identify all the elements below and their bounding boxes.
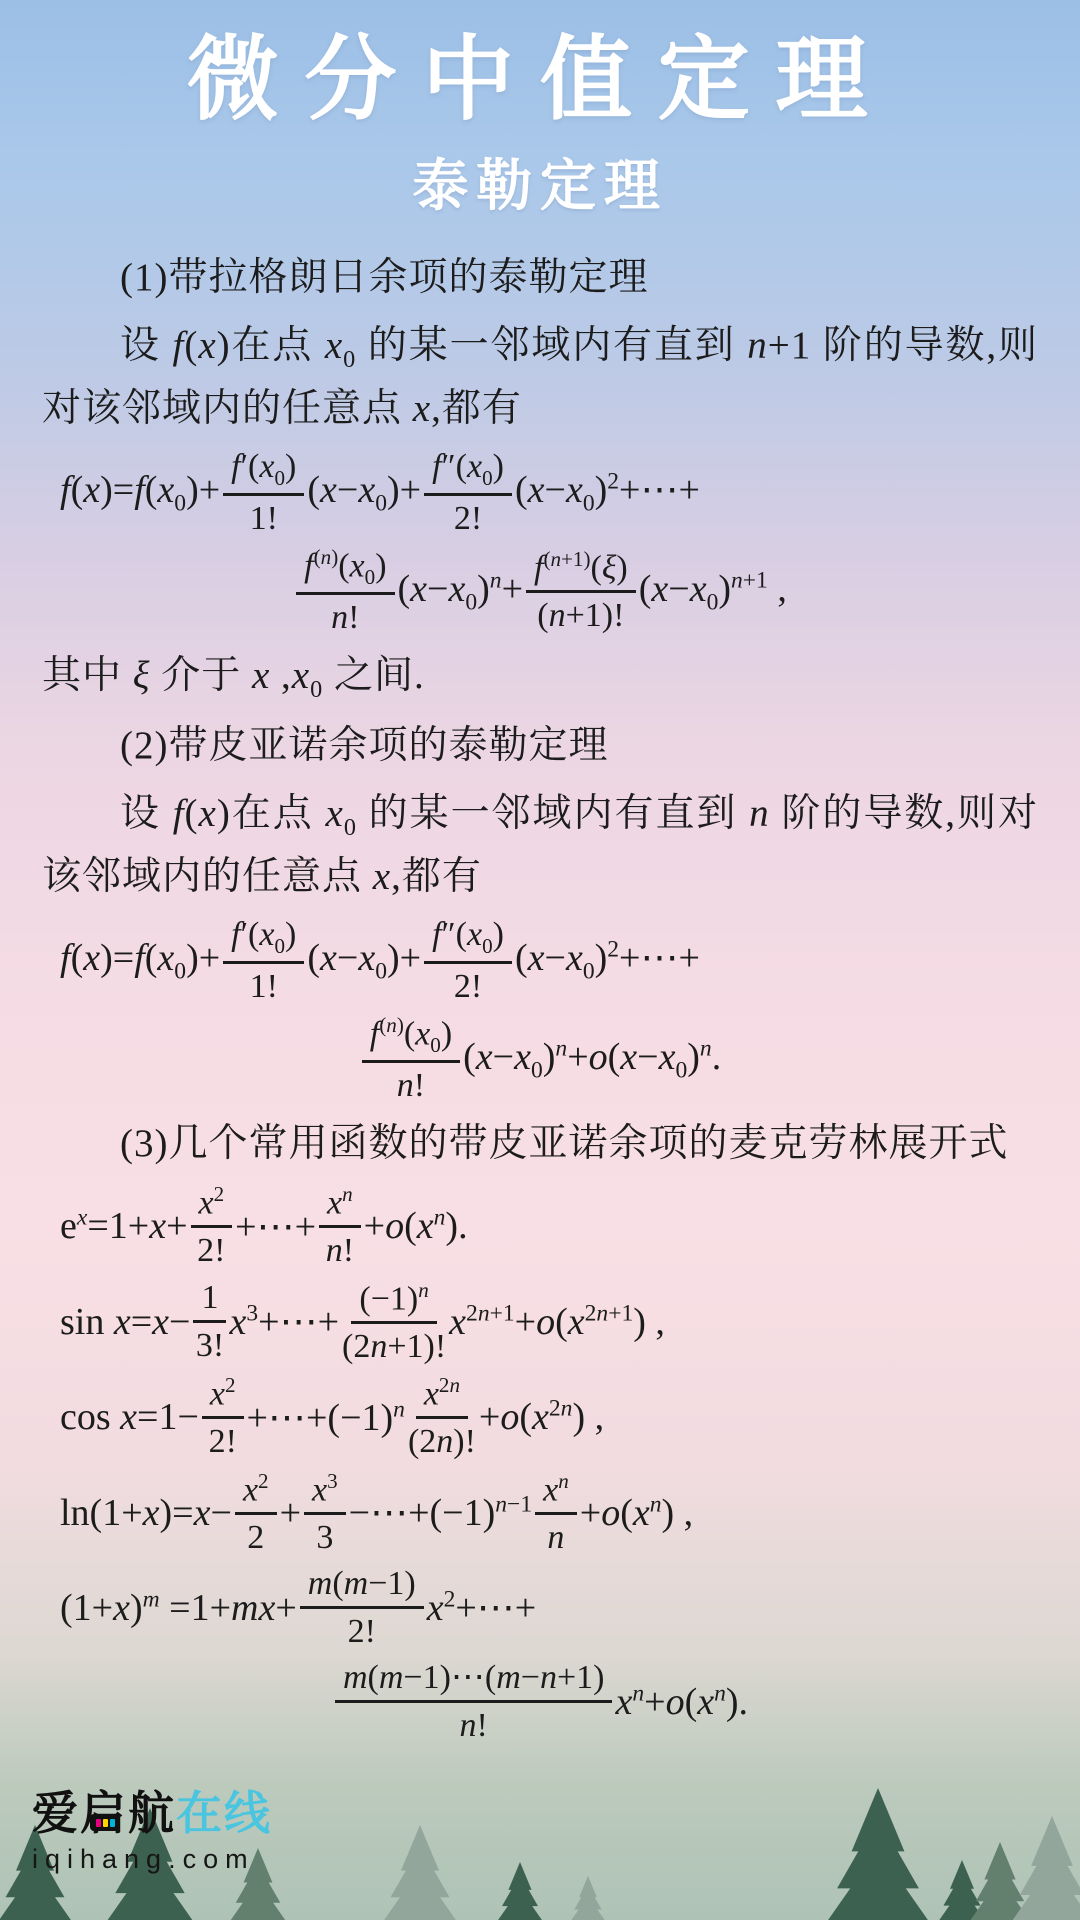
math-text: (x−x0)n+o(x−x0)n.: [463, 1035, 721, 1085]
math-text: f(x)=f(x0)+: [60, 936, 220, 986]
formula-line: sin x=x−13!x3+⋯+(−1)n(2n+1)!x2n+1+o(x2n+…: [42, 1278, 1038, 1367]
page-subtitle: 泰勒定理: [0, 142, 1080, 222]
fraction-numerator: x3: [304, 1469, 346, 1515]
formula-line: f(x)=f(x0)+f′(x0)1!(x−x0)+f″(x0)2!(x−x0)…: [42, 447, 1038, 538]
math-text: +o(xn).: [364, 1204, 468, 1248]
fraction-numerator: x2: [191, 1182, 233, 1228]
fraction-numerator: x2: [235, 1469, 277, 1515]
math-text: x3+⋯+: [229, 1299, 339, 1344]
fraction-denominator: n: [547, 1515, 564, 1557]
fraction-numerator: (−1)n: [351, 1278, 436, 1324]
math-text: +o(xn) ,: [580, 1491, 693, 1535]
fraction-numerator: f(n+1)(ξ): [526, 547, 636, 593]
math-text: (x−x0)+: [307, 936, 421, 986]
fraction-denominator: n!: [326, 1228, 354, 1270]
fraction-denominator: n!: [397, 1063, 425, 1105]
math-fraction: f(n+1)(ξ)(n+1)!: [526, 547, 636, 636]
paragraph: (3)几个常用函数的带皮亚诺余项的麦克劳林展开式: [42, 1114, 1038, 1174]
math-fraction: x22!: [191, 1182, 233, 1271]
math-text: x2+⋯+: [427, 1585, 537, 1630]
fraction-numerator: m(m−1)⋯(m−n+1): [335, 1658, 613, 1703]
math-text: (1+x)m =1+mx+: [60, 1586, 297, 1630]
fraction-numerator: f″(x0): [424, 915, 512, 964]
math-fraction: (−1)n(2n+1)!: [342, 1278, 446, 1367]
math-text: +⋯+: [235, 1204, 316, 1249]
formula-line: m(m−1)⋯(m−n+1)n!xn+o(xn).: [42, 1658, 1038, 1745]
math-fraction: m(m−1)⋯(m−n+1)n!: [335, 1658, 613, 1745]
fraction-denominator: 2!: [348, 1609, 376, 1651]
tree-layer: [228, 1881, 288, 1920]
math-text: +: [280, 1491, 301, 1535]
tv-dot-magenta: [96, 1819, 101, 1827]
fraction-denominator: 2!: [197, 1228, 225, 1270]
math-text: f(x)=f(x0)+: [60, 468, 220, 518]
math-fraction: f(n)(x0)n!: [296, 545, 394, 637]
math-text: (x−x0)2+⋯+: [515, 935, 700, 986]
math-fraction: xnn: [535, 1469, 577, 1558]
fraction-denominator: 1!: [250, 964, 278, 1006]
tv-dot-cyan: [110, 1819, 115, 1827]
math-text: ex=1+x+: [60, 1204, 188, 1248]
math-fraction: x33: [304, 1469, 346, 1558]
fraction-numerator: f′(x0): [223, 447, 304, 496]
watermark: 爱启航在线 iqihang.com: [32, 1788, 272, 1874]
paragraph: 其中 ξ 介于 x ,x0 之间.: [42, 646, 1038, 708]
brand-suffix: 在线: [176, 1787, 272, 1839]
fraction-denominator: 2: [247, 1515, 264, 1557]
tv-icon: [90, 1814, 120, 1831]
math-text: (x−x0)n+1 ,: [639, 567, 787, 617]
formula-line: f(n)(x0)n!(x−x0)n+f(n+1)(ξ)(n+1)!(x−x0)n…: [42, 545, 1038, 637]
header: 微分中值定理 泰勒定理: [0, 0, 1080, 222]
math-text: xn+o(xn).: [615, 1680, 748, 1724]
poster-page: 微分中值定理 泰勒定理 (1)带拉格朗日余项的泰勒定理设 f(x)在点 x0 的…: [0, 0, 1080, 1920]
fraction-denominator: n!: [331, 595, 359, 637]
tree-layer: [823, 1849, 934, 1920]
fraction-denominator: (2n)!: [408, 1419, 476, 1461]
fraction-numerator: x2n: [416, 1373, 468, 1419]
fraction-numerator: x2: [202, 1373, 244, 1419]
math-text: −⋯+(−1)n−1: [349, 1490, 532, 1535]
math-text: ln(1+x)=x−: [60, 1491, 232, 1535]
math-text: (x−x0)+: [307, 468, 421, 518]
math-fraction: x22: [235, 1469, 277, 1558]
fraction-numerator: f″(x0): [424, 447, 512, 496]
fraction-denominator: 3: [316, 1515, 333, 1557]
brand-logo: 爱启航在线: [32, 1788, 272, 1839]
formula-line: (1+x)m =1+mx+m(m−1)2!x2+⋯+: [42, 1564, 1038, 1651]
theorem-content: (1)带拉格朗日余项的泰勒定理设 f(x)在点 x0 的某一邻域内有直到 n+1…: [0, 222, 1080, 1746]
fraction-denominator: (2n+1)!: [342, 1324, 446, 1366]
math-text: cos x=1−: [60, 1395, 199, 1439]
brand-domain: iqihang.com: [32, 1845, 272, 1875]
paragraph: 设 f(x)在点 x0 的某一邻域内有直到 n 阶的导数,则对该邻域内的任意点 …: [42, 784, 1038, 907]
math-fraction: f″(x0)2!: [424, 447, 512, 538]
math-text: (x−x0)2+⋯+: [515, 467, 700, 518]
fraction-denominator: (n+1)!: [537, 593, 624, 635]
page-title: 微分中值定理: [0, 28, 1080, 134]
fraction-denominator: 2!: [209, 1419, 237, 1461]
fraction-numerator: f(n)(x0): [362, 1013, 460, 1063]
fraction-numerator: xn: [319, 1182, 361, 1228]
fraction-denominator: 2!: [454, 496, 482, 538]
math-fraction: f″(x0)2!: [424, 915, 512, 1006]
math-text: +o(x2n) ,: [479, 1395, 604, 1439]
math-text: x2n+1+o(x2n+1) ,: [449, 1300, 665, 1344]
paragraph: 设 f(x)在点 x0 的某一邻域内有直到 n+1 阶的导数,则对该邻域内的任意…: [42, 316, 1038, 439]
math-text: +⋯+(−1)n: [247, 1395, 405, 1440]
tree-layer: [380, 1869, 460, 1920]
fraction-denominator: 1!: [250, 496, 278, 538]
tree-layer: [570, 1896, 607, 1920]
fraction-denominator: n!: [460, 1703, 488, 1745]
math-fraction: f(n)(x0)n!: [362, 1013, 460, 1105]
tv-dot-yellow: [103, 1819, 108, 1827]
fraction-denominator: 2!: [454, 964, 482, 1006]
math-fraction: m(m−1)2!: [300, 1564, 424, 1651]
formula-line: f(n)(x0)n!(x−x0)n+o(x−x0)n.: [42, 1013, 1038, 1105]
formula-line: f(x)=f(x0)+f′(x0)1!(x−x0)+f″(x0)2!(x−x0)…: [42, 915, 1038, 1006]
fraction-denominator: 3!: [196, 1323, 224, 1365]
paragraph: (2)带皮亚诺余项的泰勒定理: [42, 716, 1038, 776]
math-fraction: x22!: [202, 1373, 244, 1462]
fraction-numerator: f(n)(x0): [296, 545, 394, 595]
formula-line: cos x=1−x22!+⋯+(−1)n x2n(2n)!+o(x2n) ,: [42, 1373, 1038, 1462]
fraction-numerator: xn: [535, 1469, 577, 1515]
math-text: (x−x0)n+: [398, 567, 524, 617]
formula-line: ln(1+x)=x−x22+x33−⋯+(−1)n−1xnn+o(xn) ,: [42, 1469, 1038, 1558]
fraction-numerator: 1: [193, 1278, 226, 1323]
math-text: sin x=x−: [60, 1300, 190, 1344]
brand-name: 爱启航: [32, 1787, 176, 1839]
math-fraction: f′(x0)1!: [223, 447, 304, 538]
formula-line: ex=1+x+x22!+⋯+xnn!+o(xn).: [42, 1182, 1038, 1271]
fraction-numerator: m(m−1): [300, 1564, 424, 1609]
math-fraction: f′(x0)1!: [223, 915, 304, 1006]
math-fraction: 13!: [193, 1278, 226, 1365]
paragraph: (1)带拉格朗日余项的泰勒定理: [42, 248, 1038, 308]
math-fraction: x2n(2n)!: [408, 1373, 476, 1462]
math-fraction: xnn!: [319, 1182, 361, 1271]
tree-layer: [496, 1889, 545, 1920]
fraction-numerator: f′(x0): [223, 915, 304, 964]
